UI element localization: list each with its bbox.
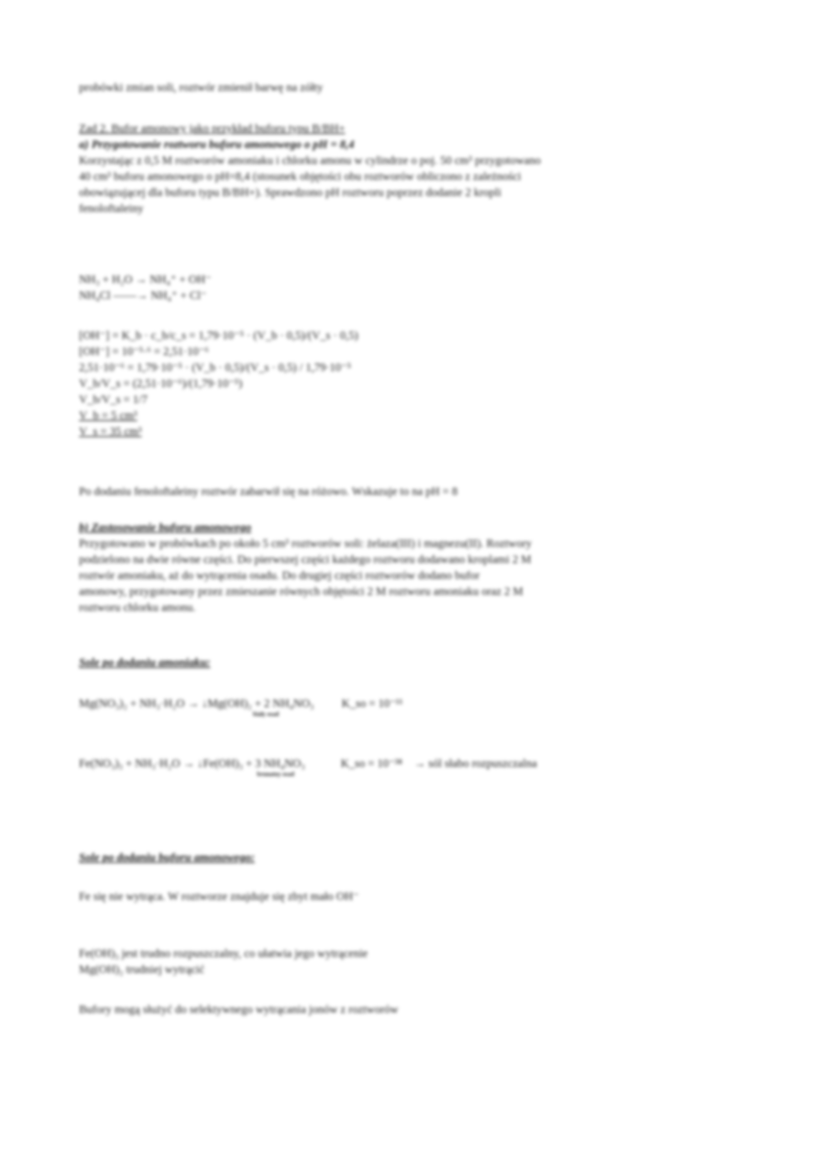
paragraph-a-line: Korzystając z 0,5 M roztworów amoniaku i… [79, 153, 541, 169]
paragraph-a-line: fenoloftaleiny [79, 201, 144, 217]
reaction-line: NH₃ + H₂O → NH₄⁺ + OH⁻ [79, 272, 211, 288]
reaction-mg: Mg(NO₃)₂ + NH₃·H₂O → ↓Mg(OH)₂ + 2 NH₄NO₃… [79, 696, 403, 712]
intro-line: probówki zmian soli, roztwór zmienił bar… [79, 80, 323, 96]
precipitate-label-mg: biały osad [253, 712, 279, 718]
paragraph-a-line: 40 cm³ buforu amonowego o pH=8,4 (stosun… [79, 169, 521, 185]
reaction-fe-equation: Fe(NO₃)₃ + NH₃·H₂O → ↓Fe(OH)₃ + 3 NH₄NO₃ [79, 758, 305, 770]
calculation-result: V_b = 5 cm³ [79, 408, 137, 424]
reaction-fe-ksp: K_so = 10⁻³⁸ [341, 758, 403, 770]
reaction-fe: Fe(NO₃)₃ + NH₃·H₂O → ↓Fe(OH)₃ + 3 NH₄NO₃… [79, 756, 537, 772]
paragraph-b-line: podzielono na dwie równe części. Do pier… [79, 552, 531, 568]
calculation-line: [OH⁻] = K_b · c_b/c_s = 1,79·10⁻⁵ · (V_b… [79, 328, 358, 344]
reaction-mg-equation: Mg(NO₃)₂ + NH₃·H₂O → ↓Mg(OH)₂ + 2 NH₄NO₃ [79, 698, 314, 710]
paragraph-b-line: amonowy, przygotowany przez zmieszanie r… [79, 584, 523, 600]
paragraph-b-line: roztwór amoniaku, aż do wytrącenia osadu… [79, 568, 480, 584]
paragraph-b-line: Przygotowano w probówkach po około 5 cm³… [79, 536, 532, 552]
reaction-mg-ksp: K_so = 10⁻¹¹ [342, 698, 403, 710]
section-title: Zad 2. Bufor amonowy jako przykład bufor… [79, 121, 345, 137]
calculation-line: V_b/V_s = 1/7 [79, 392, 147, 408]
result-a: Po dodaniu fenoloftaleiny roztwór zabarw… [79, 484, 458, 500]
subsection-a-title: a) Przygotowanie roztworu buforu amonowe… [79, 137, 354, 153]
reaction-line: NH₄Cl ——→ NH₄⁺ + Cl⁻ [79, 288, 207, 304]
conclusion-line: Mg(OH)₂ trudniej wytrącić [79, 962, 204, 978]
precipitate-label-fe: brunatny osad [257, 772, 294, 778]
subsection-b-title: b) Zastosowanie buforu amonowego [79, 520, 251, 536]
calculation-line: 2,51·10⁻⁶ = 1,79·10⁻⁵ · (V_b · 0,5)/(V_s… [79, 360, 351, 376]
calculation-result: V_s = 35 cm³ [79, 424, 142, 440]
document-page: probówki zmian soli, roztwór zmienił bar… [0, 0, 826, 1169]
reaction-fe-note: → sól słabo rozpuszczalna [414, 758, 537, 770]
paragraph-b-line: roztworu chlorku amonu. [79, 600, 196, 616]
calculation-line: V_b/V_s = (2,51·10⁻⁶)/(1,79·10⁻⁵) [79, 376, 242, 392]
result-b: Fe się nie wytrąca. W roztworze znajduje… [79, 889, 359, 905]
heading-buffer: Sole po dodaniu buforu amonowego: [79, 850, 255, 866]
paragraph-a-line: obowiązującej dla buforu typu B/BH+). Sp… [79, 185, 501, 201]
final-line: Bufory mogą służyć do selektywnego wytrą… [79, 1002, 398, 1018]
conclusion-line: Fe(OH)₃ jest trudno rozpuszczalny, co uł… [79, 946, 368, 962]
calculation-line: [OH⁻] = 10⁻⁵·⁶ = 2,51·10⁻⁶ [79, 344, 209, 360]
heading-ammonia: Sole po dodaniu amoniaku: [79, 655, 210, 671]
